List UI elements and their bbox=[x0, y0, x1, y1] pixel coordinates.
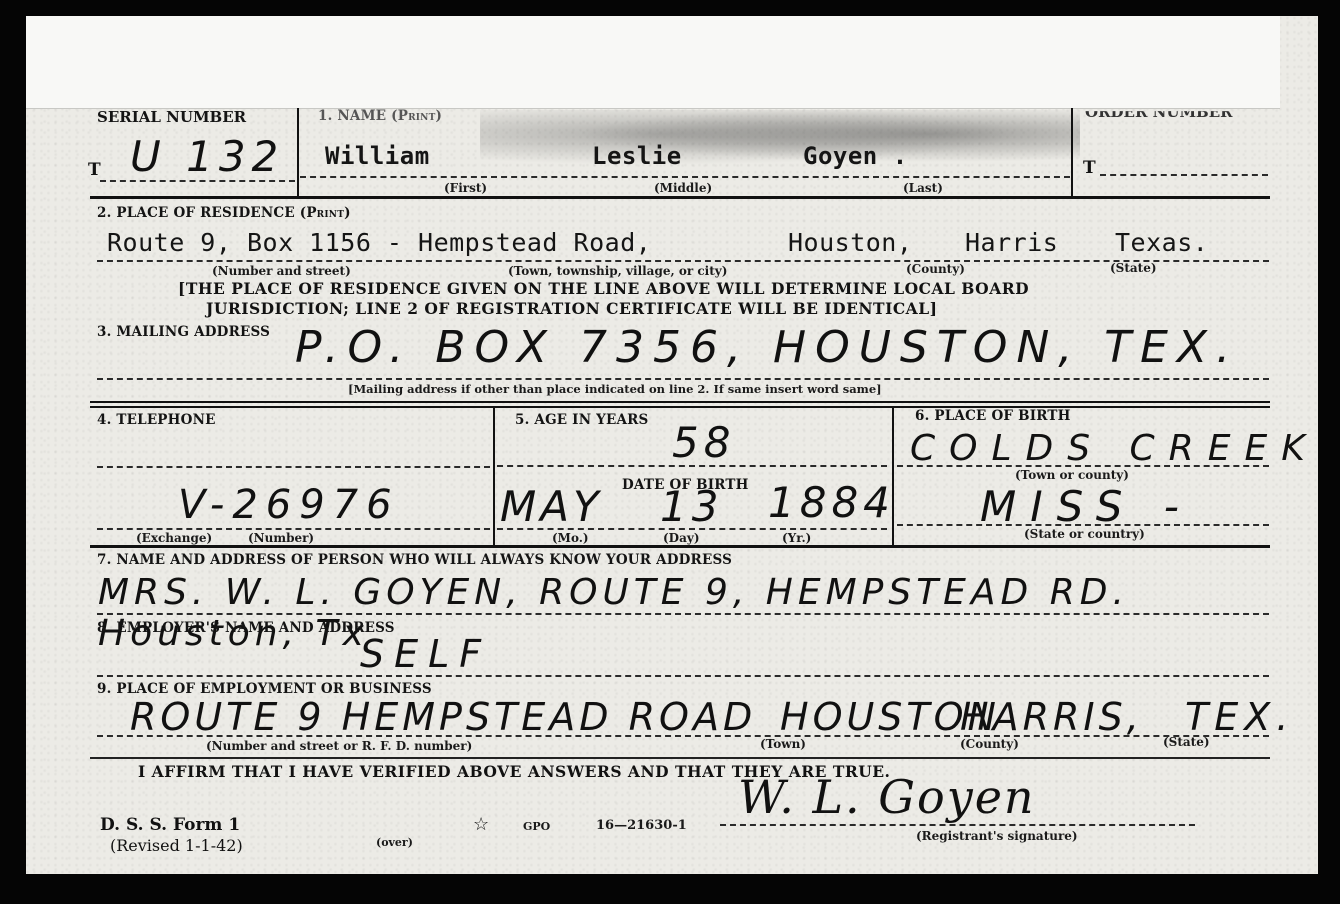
serial-prefix: T bbox=[88, 160, 101, 180]
name-label: 1. NAME (Print) bbox=[318, 108, 442, 124]
number-caption: (Number) bbox=[248, 531, 314, 545]
mailing-caption: [Mailing address if other than place ind… bbox=[348, 382, 882, 396]
gpo-label: GPO bbox=[523, 820, 550, 833]
town-or-county-caption: (Town or county) bbox=[1015, 468, 1129, 482]
age-line bbox=[497, 465, 887, 467]
first-name-value: William bbox=[325, 142, 430, 170]
form-id: D. S. S. Form 1 bbox=[100, 815, 240, 835]
serial-number-value: U 132 bbox=[130, 132, 284, 181]
serial-number-label: SERIAL NUMBER bbox=[97, 108, 246, 126]
street-caption: (Number and street) bbox=[212, 264, 351, 278]
residence-county-value: Harris bbox=[965, 228, 1058, 257]
divider bbox=[297, 108, 299, 196]
over-note: (over) bbox=[376, 836, 413, 849]
telephone-value: V-26976 bbox=[178, 482, 400, 528]
state-caption: (State) bbox=[1110, 261, 1157, 275]
year-caption: (Yr.) bbox=[782, 531, 811, 545]
residence-town-value: Houston, bbox=[788, 228, 912, 257]
employment-county-value: HARRIS, bbox=[960, 695, 1143, 739]
telephone-label: 4. TELEPHONE bbox=[97, 412, 216, 428]
dob-day-value: 13 bbox=[660, 482, 723, 531]
contact-label: 7. NAME AND ADDRESS OF PERSON WHO WILL A… bbox=[97, 552, 732, 568]
dob-year-value: 1884 bbox=[768, 478, 895, 527]
place-of-birth-label: 6. PLACE OF BIRTH bbox=[915, 408, 1071, 424]
residence-label: 2. PLACE OF RESIDENCE (Print) bbox=[97, 205, 351, 221]
last-caption: (Last) bbox=[903, 181, 943, 195]
section-rule bbox=[90, 406, 1270, 408]
dob-month-value: MAY bbox=[500, 482, 603, 531]
registrant-signature: W. L. Goyen bbox=[738, 770, 1036, 824]
jurisdiction-notice-line2: JURISDICTION; LINE 2 OF REGISTRATION CER… bbox=[206, 299, 937, 318]
employment-county-caption: (County) bbox=[960, 737, 1019, 751]
employment-street-value: ROUTE 9 HEMPSTEAD ROAD bbox=[130, 695, 756, 739]
month-caption: (Mo.) bbox=[552, 531, 589, 545]
middle-name-value: Leslie bbox=[592, 142, 682, 170]
form-revised: (Revised 1-1-42) bbox=[110, 836, 243, 855]
last-name-value: Goyen . bbox=[803, 142, 908, 170]
serial-line bbox=[100, 180, 295, 182]
town-caption: (Town, township, village, or city) bbox=[508, 264, 727, 278]
mailing-line bbox=[97, 378, 1269, 380]
mailing-address-value: P.O. BOX 7356, HOUSTON, TEX. bbox=[295, 322, 1239, 373]
section-rule bbox=[90, 401, 1270, 403]
divider bbox=[1071, 108, 1073, 196]
employment-town-caption: (Town) bbox=[760, 737, 806, 751]
employer-label: 8. EMPLOYER'S NAME AND ADDRESS bbox=[97, 620, 395, 636]
employment-state-caption: (State) bbox=[1163, 735, 1210, 749]
birth-town-value: COLDS CREEK bbox=[910, 428, 1319, 469]
section-rule bbox=[90, 196, 1270, 199]
employment-line bbox=[97, 735, 1269, 737]
contact-line bbox=[97, 613, 1269, 615]
order-prefix: T bbox=[1083, 158, 1096, 178]
first-caption: (First) bbox=[444, 181, 487, 195]
state-or-country-caption: (State or country) bbox=[1024, 527, 1145, 541]
section-rule bbox=[90, 545, 1270, 548]
jurisdiction-notice-line1: [THE PLACE OF RESIDENCE GIVEN ON THE LIN… bbox=[178, 279, 1029, 298]
employer-value: SELF bbox=[360, 632, 491, 676]
mailing-address-label: 3. MAILING ADDRESS bbox=[97, 324, 270, 340]
signature-line bbox=[720, 824, 1195, 826]
telephone-line-1 bbox=[97, 466, 490, 468]
residence-street-value: Route 9, Box 1156 - Hempstead Road, bbox=[107, 228, 651, 257]
rfd-caption: (Number and street or R. F. D. number) bbox=[206, 739, 472, 753]
birth-state-line bbox=[897, 524, 1269, 526]
divider bbox=[493, 408, 495, 548]
gpo-number: 16—21630-1 bbox=[596, 818, 687, 833]
age-label: 5. AGE IN YEARS bbox=[515, 412, 649, 428]
order-line bbox=[1100, 174, 1268, 176]
signature-caption: (Registrant's signature) bbox=[916, 829, 1078, 843]
middle-caption: (Middle) bbox=[654, 181, 712, 195]
divider bbox=[892, 408, 894, 548]
blank-header-strip bbox=[26, 16, 1280, 109]
name-line bbox=[300, 176, 1070, 178]
residence-line bbox=[97, 260, 1269, 262]
star-icon: ☆ bbox=[473, 814, 489, 835]
telephone-line-2 bbox=[97, 528, 490, 530]
dob-line bbox=[497, 528, 887, 530]
section-rule bbox=[90, 757, 1270, 759]
day-caption: (Day) bbox=[663, 531, 700, 545]
residence-state-value: Texas. bbox=[1115, 228, 1208, 257]
age-value: 58 bbox=[672, 418, 735, 467]
employer-line bbox=[97, 675, 1269, 677]
county-caption: (County) bbox=[906, 262, 965, 276]
birth-town-line bbox=[897, 465, 1269, 467]
exchange-caption: (Exchange) bbox=[136, 531, 212, 545]
employment-state-value: TEX. bbox=[1185, 695, 1294, 739]
